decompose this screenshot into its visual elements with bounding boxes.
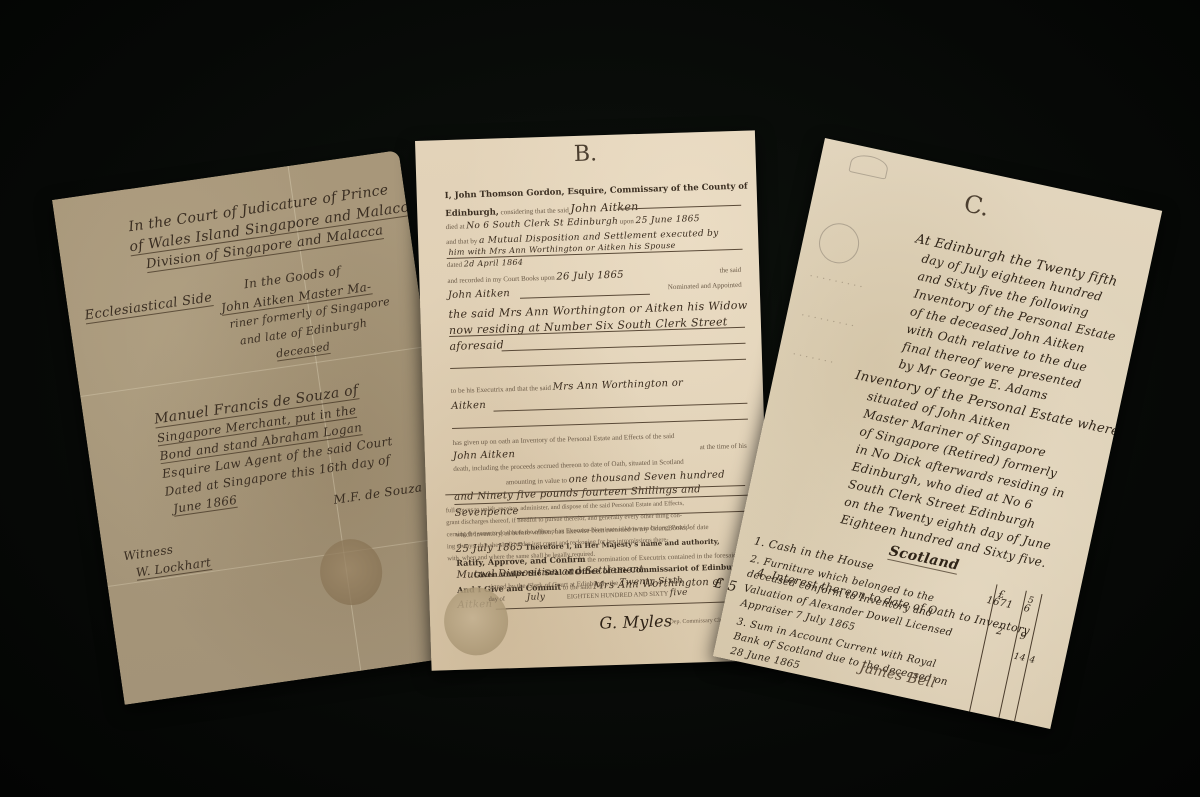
form-line: John Aitken Nominated and Appointed bbox=[448, 282, 742, 301]
form-rule bbox=[450, 359, 746, 369]
form-rule bbox=[502, 343, 746, 352]
handwritten-entry: Aitken bbox=[451, 400, 486, 412]
form-rule bbox=[494, 403, 748, 412]
side-label: Ecclesiastical Side bbox=[84, 290, 214, 324]
fold-crease bbox=[80, 346, 427, 397]
embossed-stamp bbox=[848, 152, 889, 180]
signature: M.F. de Souza bbox=[333, 480, 423, 507]
document-a-court-bond: In the Court of Judicature of Prince of … bbox=[52, 150, 471, 705]
form-rule bbox=[452, 419, 748, 429]
witness-label: Witness bbox=[123, 542, 175, 563]
document-letter: C. bbox=[961, 189, 991, 222]
amount-shillings: 2 bbox=[995, 626, 1004, 638]
clerk-signature: G. Myles bbox=[599, 611, 673, 632]
closing-line: with, when and where the same shall be l… bbox=[447, 547, 739, 563]
revenue-stamp bbox=[815, 220, 863, 268]
document-b-closing: full power to uplift, receive, administe… bbox=[425, 475, 760, 665]
case-line: deceased bbox=[275, 340, 331, 362]
amount-pence: 9 bbox=[1019, 631, 1028, 643]
signature: James Bell bbox=[858, 660, 937, 692]
wax-seal-mark bbox=[316, 535, 387, 609]
handwritten-entry: aforesaid bbox=[449, 338, 504, 353]
form-line: to be his Executrix and that the said Mr… bbox=[451, 377, 745, 396]
document-letter: B. bbox=[415, 136, 756, 172]
printed-line: I, John Thomson Gordon, Esquire, Commiss… bbox=[445, 183, 739, 201]
form-rule bbox=[445, 485, 745, 495]
